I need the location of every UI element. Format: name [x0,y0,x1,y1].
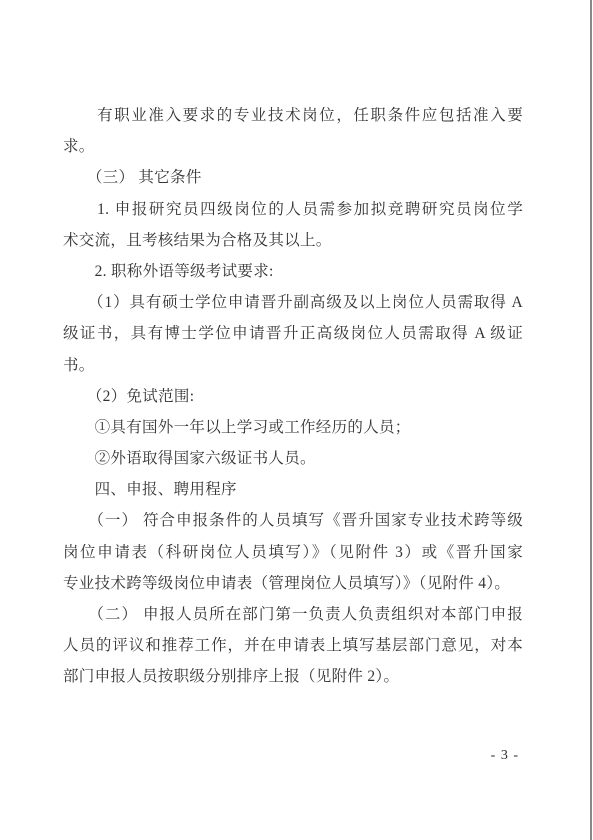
text-line: 专业技术跨等级岗位申请表（管理岗位人员填写）》（见附件 4）。 [63,568,523,599]
text-line-section-heading: （三） 其它条件 [63,162,523,193]
text-line: 级证书，具有博士学位申请晋升正高级岗位人员需取得 A 级证 [63,318,523,349]
text-line: （2）免试范围: [63,381,523,412]
text-line: 有职业准入要求的专业技术岗位，任职条件应包括准入要 [63,100,523,131]
text-line: （1）具有硕士学位申请晋升副高级及以上岗位人员需取得 A [63,287,523,318]
text-line: 部门申报人员按职级分别排序上报（见附件 2）。 [63,661,523,692]
text-line: 2. 职称外语等级考试要求: [63,256,523,287]
text-line: 术交流，且考核结果为合格及其以上。 [63,225,523,256]
page-right-border-line [590,0,592,840]
text-line: ①具有国外一年以上学习或工作经历的人员； [63,412,523,443]
text-line: （二） 申报人员所在部门第一负责人负责组织对本部门申报 [63,599,523,630]
text-line: 1. 申报研究员四级岗位的人员需参加拟竞聘研究员岗位学 [63,194,523,225]
document-page: 有职业准入要求的专业技术岗位，任职条件应包括准入要 求。 （三） 其它条件 1.… [0,0,593,840]
text-line: 书。 [63,350,523,381]
text-line: （一） 符合申报条件的人员填写《晋升国家专业技术跨等级 [63,505,523,536]
text-line: ②外语取得国家六级证书人员。 [63,443,523,474]
text-line: 人员的评议和推荐工作，并在申请表上填写基层部门意见，对本 [63,630,523,661]
page-number: - 3 - [491,747,519,765]
document-text-block: 有职业准入要求的专业技术岗位，任职条件应包括准入要 求。 （三） 其它条件 1.… [63,100,523,693]
text-line: 岗位申请表（科研岗位人员填写）》（见附件 3）或《晋升国家 [63,537,523,568]
text-line-section-heading: 四、申报、聘用程序 [63,474,523,505]
text-line: 求。 [63,131,523,162]
